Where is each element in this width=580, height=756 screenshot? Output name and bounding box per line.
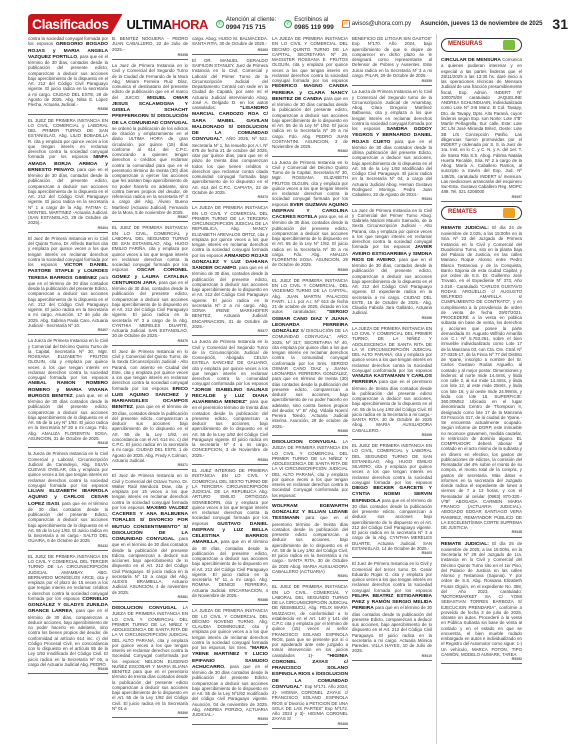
legal-notice: EL JUEZ DE PRIMERA INSTANCIA EN LO CIVIL…: [272, 582, 348, 729]
notice-code: R5408: [272, 722, 348, 727]
mail-icon: ✉: [342, 20, 350, 28]
section-tab: Clasificados: [28, 14, 122, 34]
notice-code: R5384: [192, 458, 268, 463]
notice-names: CIRCULAR DE MENSURA: [441, 58, 501, 63]
legal-notice: BENEFICIO DE LITIGAR SIN GASTOS" Exp Nº1…: [352, 34, 432, 86]
notice-code: R5358: [112, 53, 188, 58]
support-phone[interactable]: 0994 715 715: [226, 24, 266, 31]
notice-code: R5363: [192, 48, 268, 53]
notice-code: R5397: [441, 195, 522, 200]
whatsapp-icon: ✆: [284, 20, 292, 28]
legal-notice: El Juez de Primera Instancia en lo Civil…: [352, 559, 432, 661]
legal-notice: WOLFRAM EGEWARTH GONZALEZ Y ELLIAN LIZIA…: [272, 501, 348, 582]
gavel-icon: [503, 208, 515, 218]
notice-code: R5390: [112, 711, 188, 716]
column-6: MENSURAS CIRCULAR DE MENSURA Comunica a …: [436, 34, 522, 744]
legal-notice: REMATE JUDICIAL: El día 25 de noviembre …: [441, 539, 522, 665]
notice-code: R5418: [28, 441, 108, 446]
legal-notice: EL JUEZ DE PRIMERA INSTANCIA EN LO CIVIL…: [28, 116, 108, 233]
email-link[interactable]: avisos@uhora.com.py: [352, 21, 411, 28]
legal-notice: EL JUEZ DE PRIMERA INSTANCIA EN LO CIVIL…: [352, 441, 432, 558]
page-number: 31: [552, 16, 568, 32]
legal-notice: EL JUEZ DE PRIMERA INSTANCIA EN LO CIVIL…: [272, 276, 348, 436]
legal-notice: La Jueza de Primera Instancia en lo Civi…: [28, 336, 108, 448]
notice-code: R5385: [272, 429, 348, 434]
email-contact: ✉ avisos@uhora.com.py: [342, 20, 411, 28]
notice-code: R5371: [112, 463, 188, 468]
legal-notice: La Jueza de Primera Instancia en lo Civi…: [192, 337, 268, 465]
notice-code: R5362: [272, 149, 348, 154]
notice-code: R5386: [192, 598, 268, 603]
legal-notice: LA JUEZA DE PRIMERA INSTANCIA EN LO CIVI…: [272, 34, 348, 157]
legal-notice: contra la sociedad conyugal formada por …: [28, 34, 108, 115]
remates-list: REMATE JUDICIAL: El día 24 de noviembre …: [441, 223, 522, 665]
write-contact: ✆ Escribinos al0985 119 999: [284, 17, 333, 32]
notice-names: REMATE JUDICIAL:: [441, 226, 489, 231]
newspaper-logo: ULTIMAHORA: [126, 17, 207, 32]
section-header-remates: REMATES: [441, 206, 522, 220]
legal-notice: LA JUEZA DE PRIMERA INSTANCIA DE LO CIVI…: [192, 606, 268, 724]
notice-code: R5373: [192, 195, 268, 200]
notice-code: R5377: [192, 329, 268, 334]
legal-notice: La Juez de Primera Instancia en lo Civil…: [112, 61, 188, 222]
notice-code: R5391: [272, 574, 348, 579]
notice-code: R5348: [441, 530, 522, 535]
legal-notice: La Jueza de Primera Instancia en lo Civi…: [352, 87, 432, 204]
whatsapp-icon: ✆: [216, 20, 224, 28]
section-header-mensuras: MENSURAS: [441, 38, 522, 52]
legal-notice: DISOLUCION CONYUGAL LA JUEZA DE PRIMERA …: [112, 603, 188, 718]
legal-notice: la Jueza de Primera Instancia en lo Civi…: [28, 449, 108, 551]
dateline: Asunción, jueves 13 de noviembre de 2025: [420, 21, 542, 27]
column-4: LA JUEZA DE PRIMERA INSTANCIA EN LO CIVI…: [272, 34, 348, 744]
notice-names: REMATE JUDICIAL:: [441, 542, 489, 547]
page-header: Clasificados ULTIMAHORA ✆ Atención al cl…: [28, 14, 568, 34]
notice-code: R5403: [352, 551, 432, 556]
notice-code: R5404: [28, 226, 108, 231]
notice-code: R5365: [272, 268, 348, 273]
legal-notice: LA JUEZA DE PRIMERA INSTANCIA EN LO CIVI…: [192, 203, 268, 336]
legal-notice: EL JUEZ DE PRIMERA INSTANCIA EN LO CIVIL…: [112, 223, 188, 346]
notice-names: DISOLUCION CONYUGAL: [272, 440, 337, 445]
support-contact: ✆ Atención al cliente:0994 715 715: [216, 17, 276, 32]
column-1: contra la sociedad conyugal formada por …: [28, 34, 108, 744]
legal-notice: DISOLUCION CONYUGAL LA JUEZA DE PRIMERA …: [272, 437, 348, 500]
legal-notice: El Juez de Primera Instancia en lo Civil…: [112, 347, 188, 471]
mensuras-list: CIRCULAR DE MENSURA Comunica a quienes p…: [441, 55, 522, 202]
legal-notice: El Juez de Primera Instancia en lo Civil…: [112, 471, 188, 602]
legal-notice: CIRCULAR DE MENSURA Comunica a quienes p…: [441, 55, 522, 202]
notice-code: R5407: [28, 328, 108, 333]
notice-code: R5367: [112, 215, 188, 220]
notice-code: R5399: [352, 433, 432, 438]
notice-code: R5352: [441, 657, 522, 662]
notice-code: R5394: [352, 197, 432, 202]
column-2: B. BENITEZ NOGUERA - PEDRO JUAN CABALLER…: [112, 34, 188, 744]
notice-code: R5356: [28, 107, 108, 112]
notice-code: R5410: [352, 654, 432, 659]
legal-notice: El DR. MANUEL GERALDO SAIFILDIN STANLEY,…: [192, 56, 268, 203]
legal-notice: EL JUEZ DE PRIMERA INSTANCIA EN LO CIVIL…: [28, 552, 108, 675]
legal-notice: La Juez de Primera Instancia en lo Civil…: [352, 206, 432, 323]
notice-names: DISOLUCION CONYUGAL: [112, 606, 177, 611]
notice-code: R5393: [192, 717, 268, 722]
legal-notice: cargo. Abog. HUGO M. BALMACEDA. SANTA RI…: [192, 34, 268, 55]
map-icon: [503, 40, 515, 50]
notice-code: R5438: [28, 667, 108, 672]
column-5: BENEFICIO DE LITIGAR SIN GASTOS" Exp Nº1…: [352, 34, 432, 744]
legal-notice: REMATE JUDICIAL: El día 24 de noviembre …: [441, 223, 522, 538]
legal-notice: EL JUEZ INTERINO DE PRIMERA INSTANCIA EN…: [192, 466, 268, 605]
legal-notice: B. BENITEZ NOGUERA - PEDRO JUAN CABALLER…: [112, 34, 188, 60]
legal-notice: El Juez de Primera Instancia en lo Civil…: [28, 234, 108, 336]
notice-code: R5370: [112, 339, 188, 344]
notice-names: MIGUEL OMAR JESUS SCALAMOGNA Y GISELA SC…: [112, 96, 188, 126]
write-phone[interactable]: 0985 119 999: [294, 24, 333, 31]
notice-code: R5396: [352, 316, 432, 321]
notice-code: R5359: [352, 79, 432, 84]
notice-code: R5381: [112, 595, 188, 600]
legal-notice: LA JUEZA DE PRIMERA INSTANCIA EN LO CIVI…: [352, 324, 432, 440]
notice-code: R5432: [28, 544, 108, 549]
classifieds-columns: contra la sociedad conyugal formada por …: [28, 34, 568, 744]
legal-notice: La Jueza de Primera Instancia en lo Civi…: [272, 158, 348, 275]
column-3: cargo. Abog. HUGO M. BALMACEDA. SANTA RI…: [192, 34, 268, 744]
